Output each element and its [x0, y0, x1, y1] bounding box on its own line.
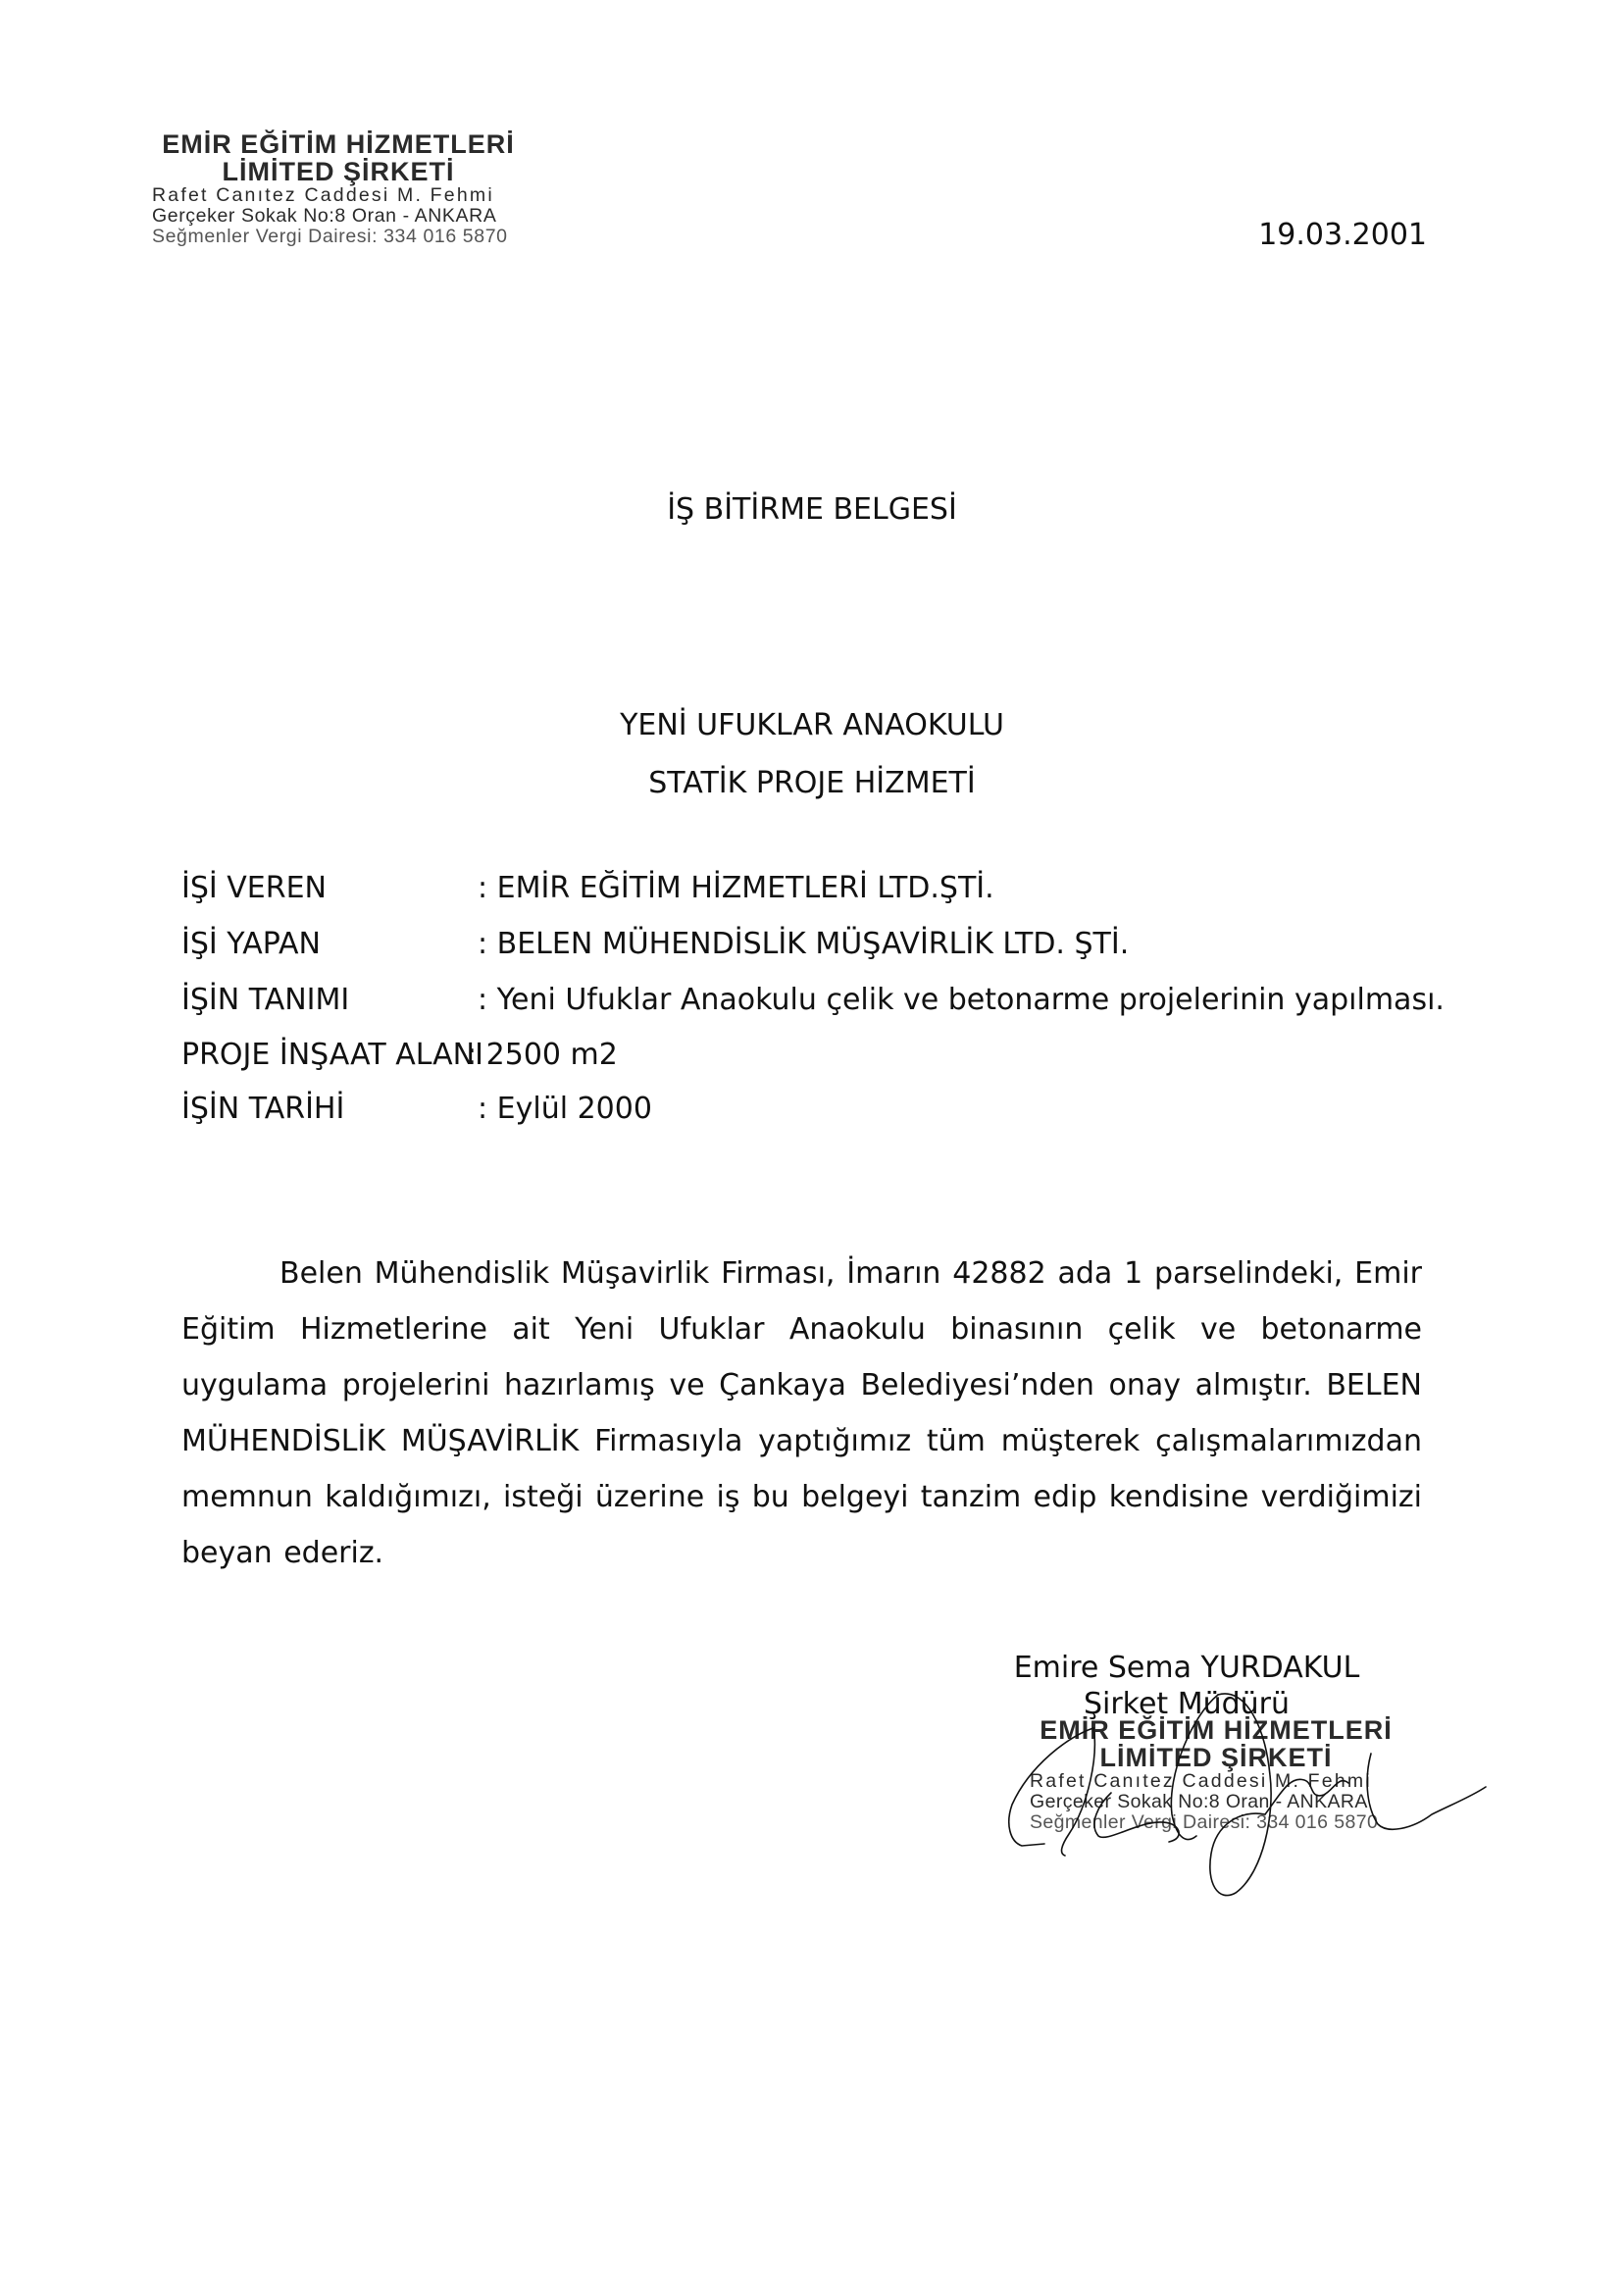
field-value-contractor: : BELEN MÜHENDİSLİK MÜŞAVİRLİK LTD. ŞTİ. — [478, 927, 1129, 961]
project-name: YENİ UFUKLAR ANAOKULU — [0, 708, 1624, 742]
company-stamp: EMİR EĞİTİM HİZMETLERİ LİMİTED ŞİRKETİ R… — [1030, 1716, 1402, 1833]
field-value-construction-area: : 2500 m2 — [467, 1038, 618, 1072]
field-label-contractor: İŞİ YAPAN — [181, 927, 321, 961]
field-value-work-date: : Eylül 2000 — [478, 1092, 652, 1126]
stamp-tax-office: Seğmenler Vergi Dairesi: 334 016 5870 — [1030, 1812, 1402, 1833]
document-date: 19.03.2001 — [1157, 218, 1427, 252]
signatory-name: Emire Sema YURDAKUL — [981, 1651, 1393, 1685]
field-value-employer: : EMİR EĞİTİM HİZMETLERİ LTD.ŞTİ. — [478, 871, 994, 905]
document-title: İŞ BİTİRME BELGESİ — [0, 492, 1624, 527]
letterhead-stamp: EMİR EĞİTİM HİZMETLERİ LİMİTED ŞİRKETİ R… — [152, 130, 525, 247]
letterhead-company-line2: LİMİTED ŞİRKETİ — [152, 158, 525, 185]
field-label-construction-area: PROJE İNŞAAT ALANI — [181, 1038, 483, 1072]
field-label-description: İŞİN TANIMI — [181, 983, 349, 1017]
stamp-address-line1: Rafet Canıtez Caddesi M. Fehmi — [1030, 1771, 1402, 1792]
field-value-description: : Yeni Ufuklar Anaokulu çelik ve betonar… — [478, 983, 1445, 1017]
stamp-company-line2: LİMİTED ŞİRKETİ — [1030, 1744, 1402, 1771]
letterhead-address-line1: Rafet Canıtez Caddesi M. Fehmi — [152, 185, 525, 206]
letterhead-address-line2: Gerçeker Sokak No:8 Oran - ANKARA — [152, 206, 525, 227]
field-label-work-date: İŞİN TARİHİ — [181, 1092, 344, 1126]
stamp-address-line2: Gerçeker Sokak No:8 Oran - ANKARA — [1030, 1792, 1402, 1812]
stamp-company-line1: EMİR EĞİTİM HİZMETLERİ — [1030, 1716, 1402, 1744]
letterhead-tax-office: Seğmenler Vergi Dairesi: 334 016 5870 — [152, 227, 525, 247]
body-paragraph: Belen Mühendislik Müşavirlik Firması, İm… — [181, 1246, 1422, 1581]
service-type: STATİK PROJE HİZMETİ — [0, 766, 1624, 800]
letterhead-company-line1: EMİR EĞİTİM HİZMETLERİ — [152, 130, 525, 158]
field-label-employer: İŞİ VEREN — [181, 871, 327, 905]
